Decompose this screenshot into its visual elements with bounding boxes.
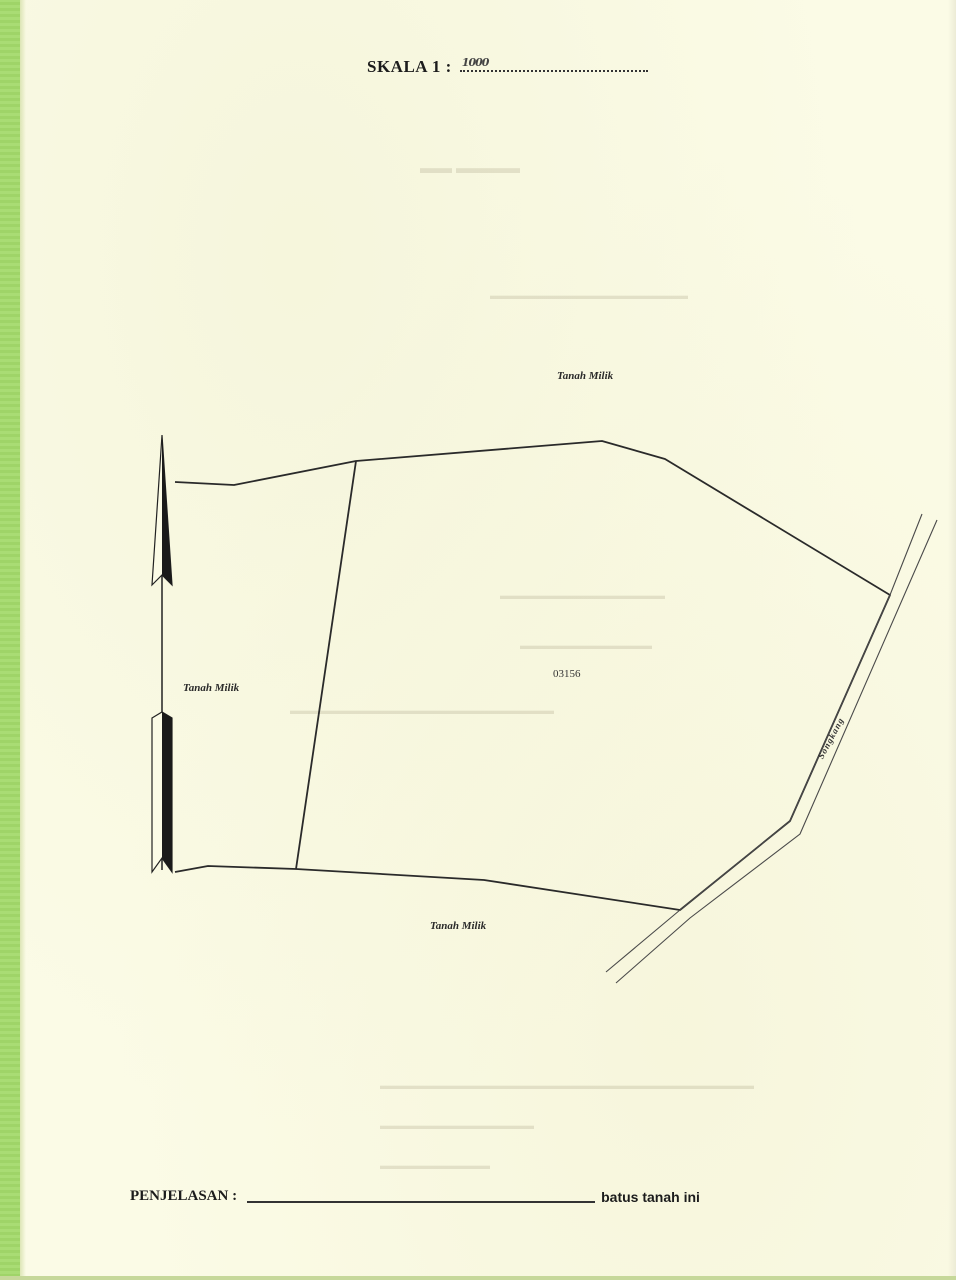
neighbor-label-west: Tanah Milik — [183, 682, 239, 694]
neighbor-label-north: Tanah Milik — [557, 370, 613, 382]
road — [606, 514, 937, 983]
parcel-map — [0, 0, 956, 1280]
legend-label: PENJELASAN : — [130, 1188, 237, 1205]
north-arrow-icon — [152, 435, 172, 872]
legend-description: batus tanah ini — [601, 1189, 700, 1205]
boundary-line-sample — [247, 1201, 595, 1203]
legend: PENJELASAN : batus tanah ini — [130, 1188, 700, 1205]
parcel-id: 03156 — [553, 668, 581, 680]
parcel-boundary — [175, 441, 890, 910]
neighbor-label-south: Tanah Milik — [430, 920, 486, 932]
